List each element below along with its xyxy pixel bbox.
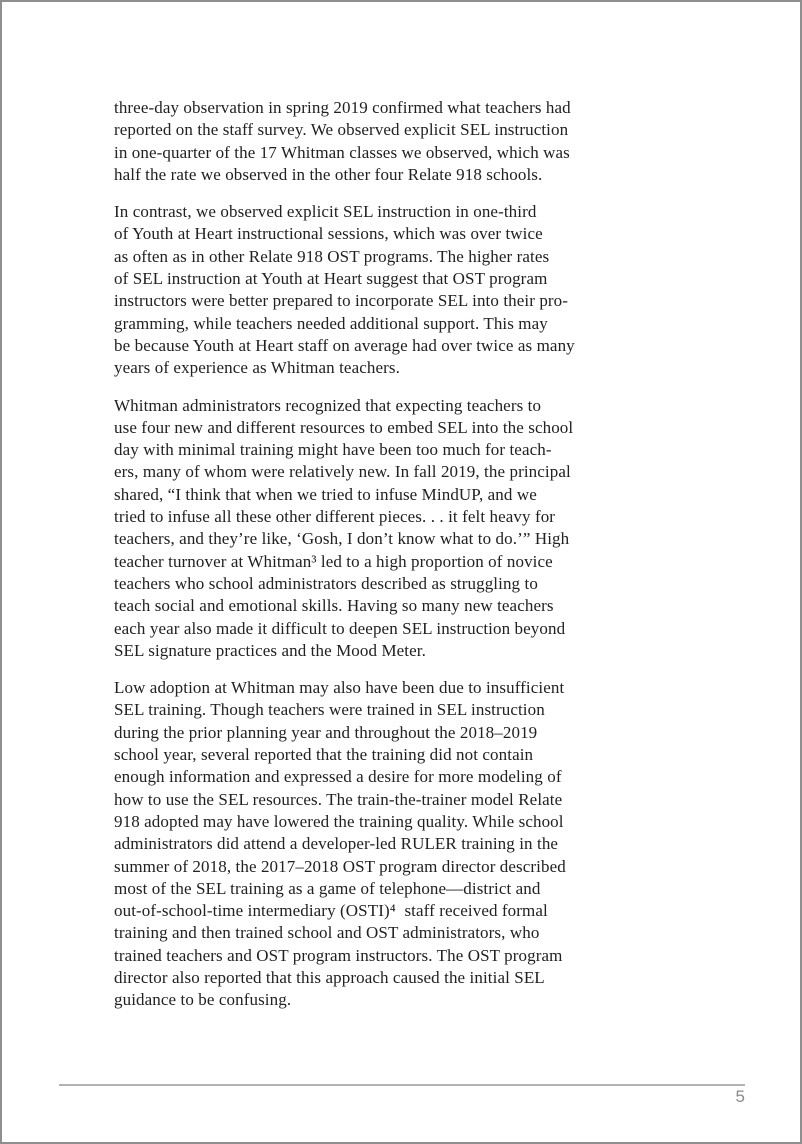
text-line: guidance to be confusing. — [114, 989, 674, 1011]
text-line: instructors were better prepared to inco… — [114, 290, 674, 312]
text-line: Low adoption at Whitman may also have be… — [114, 677, 674, 699]
text-line: summer of 2018, the 2017–2018 OST progra… — [114, 856, 674, 878]
text-line: reported on the staff survey. We observe… — [114, 119, 674, 141]
text-line: school year, several reported that the t… — [114, 744, 674, 766]
text-line: of Youth at Heart instructional sessions… — [114, 223, 674, 245]
text-line: most of the SEL training as a game of te… — [114, 878, 674, 900]
text-line: teachers who school administrators descr… — [114, 573, 674, 595]
paragraph: In contrast, we observed explicit SEL in… — [114, 201, 674, 379]
text-line: how to use the SEL resources. The train-… — [114, 789, 674, 811]
text-line: use four new and different resources to … — [114, 417, 674, 439]
text-line: Whitman administrators recognized that e… — [114, 395, 674, 417]
text-line: gramming, while teachers needed addition… — [114, 313, 674, 335]
text-line: director also reported that this approac… — [114, 967, 674, 989]
text-line: of SEL instruction at Youth at Heart sug… — [114, 268, 674, 290]
paragraph: Whitman administrators recognized that e… — [114, 395, 674, 663]
text-line: teacher turnover at Whitman³ led to a hi… — [114, 551, 674, 573]
text-line: as often as in other Relate 918 OST prog… — [114, 246, 674, 268]
text-line: SEL signature practices and the Mood Met… — [114, 640, 674, 662]
text-line: in one-quarter of the 17 Whitman classes… — [114, 142, 674, 164]
text-line: enough information and expressed a desir… — [114, 766, 674, 788]
text-line: shared, “I think that when we tried to i… — [114, 484, 674, 506]
text-line: SEL training. Though teachers were train… — [114, 699, 674, 721]
text-line: half the rate we observed in the other f… — [114, 164, 674, 186]
text-line: day with minimal training might have bee… — [114, 439, 674, 461]
text-line: teachers, and they’re like, ‘Gosh, I don… — [114, 528, 674, 550]
text-line: administrators did attend a developer-le… — [114, 833, 674, 855]
text-line: years of experience as Whitman teachers. — [114, 357, 674, 379]
text-line: trained teachers and OST program instruc… — [114, 945, 674, 967]
text-line: training and then trained school and OST… — [114, 922, 674, 944]
text-line: out-of-school-time intermediary (OSTI)⁴ … — [114, 900, 674, 922]
text-line: tried to infuse all these other differen… — [114, 506, 674, 528]
text-line: ers, many of whom were relatively new. I… — [114, 461, 674, 483]
text-line: teach social and emotional skills. Havin… — [114, 595, 674, 617]
text-line: 918 adopted may have lowered the trainin… — [114, 811, 674, 833]
document-page: three-day observation in spring 2019 con… — [0, 0, 802, 1144]
text-line: during the prior planning year and throu… — [114, 722, 674, 744]
text-line: In contrast, we observed explicit SEL in… — [114, 201, 674, 223]
text-line: three-day observation in spring 2019 con… — [114, 97, 674, 119]
paragraph: Low adoption at Whitman may also have be… — [114, 677, 674, 1011]
text-line: each year also made it difficult to deep… — [114, 618, 674, 640]
footer-rule — [59, 1084, 745, 1086]
content-area: three-day observation in spring 2019 con… — [114, 97, 674, 1027]
page-number: 5 — [59, 1087, 745, 1107]
text-line: be because Youth at Heart staff on avera… — [114, 335, 674, 357]
paragraph: three-day observation in spring 2019 con… — [114, 97, 674, 186]
